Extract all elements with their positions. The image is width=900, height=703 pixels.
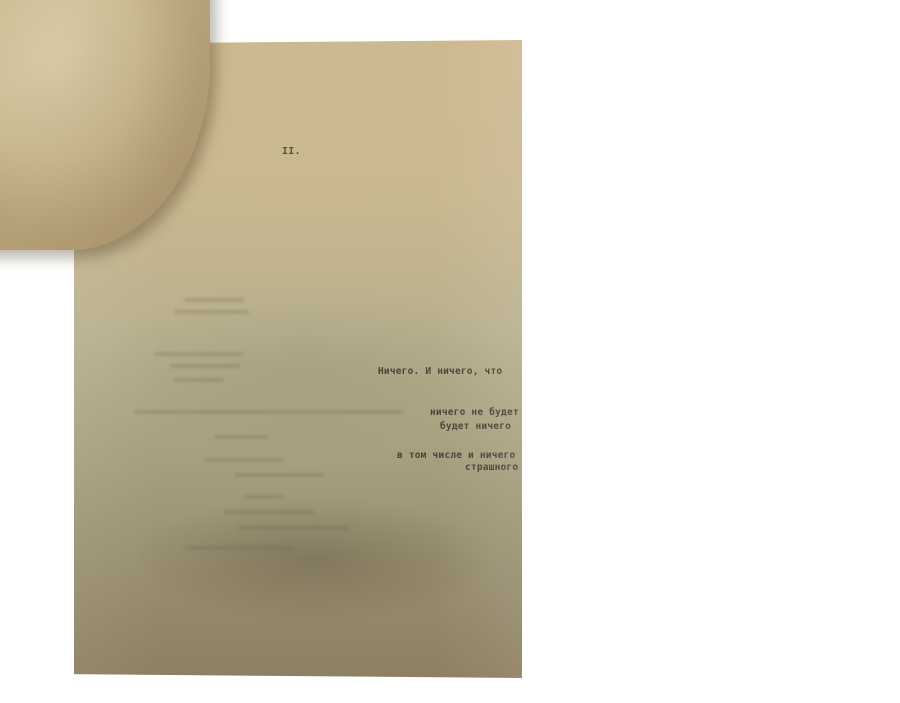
bleed-through-mark xyxy=(244,495,284,499)
page-number: II. xyxy=(282,147,301,157)
bleed-through-mark xyxy=(184,298,244,302)
bleed-through-mark xyxy=(214,435,269,439)
bleed-through-mark xyxy=(184,546,294,550)
bleed-through-mark xyxy=(174,310,249,314)
bleed-through-mark xyxy=(224,510,314,514)
text-line: страшного xyxy=(465,463,518,473)
text-line: Ничего. И ничего, что xyxy=(378,367,502,377)
bleed-through-mark xyxy=(134,410,404,414)
text-line: ничего не будет xyxy=(430,408,519,418)
bleed-through-mark xyxy=(204,458,284,462)
bleed-through-mark xyxy=(174,378,224,382)
bleed-through-mark xyxy=(239,526,349,530)
bleed-through-mark xyxy=(154,352,244,356)
scanned-document-scene: II. Ничего. И ничего, что ничего не буде… xyxy=(0,0,900,703)
bleed-through-mark xyxy=(170,364,240,368)
text-line: будет ничего xyxy=(440,422,511,432)
text-line: в том числе и ничего xyxy=(397,451,515,461)
bleed-through-mark xyxy=(234,473,324,477)
